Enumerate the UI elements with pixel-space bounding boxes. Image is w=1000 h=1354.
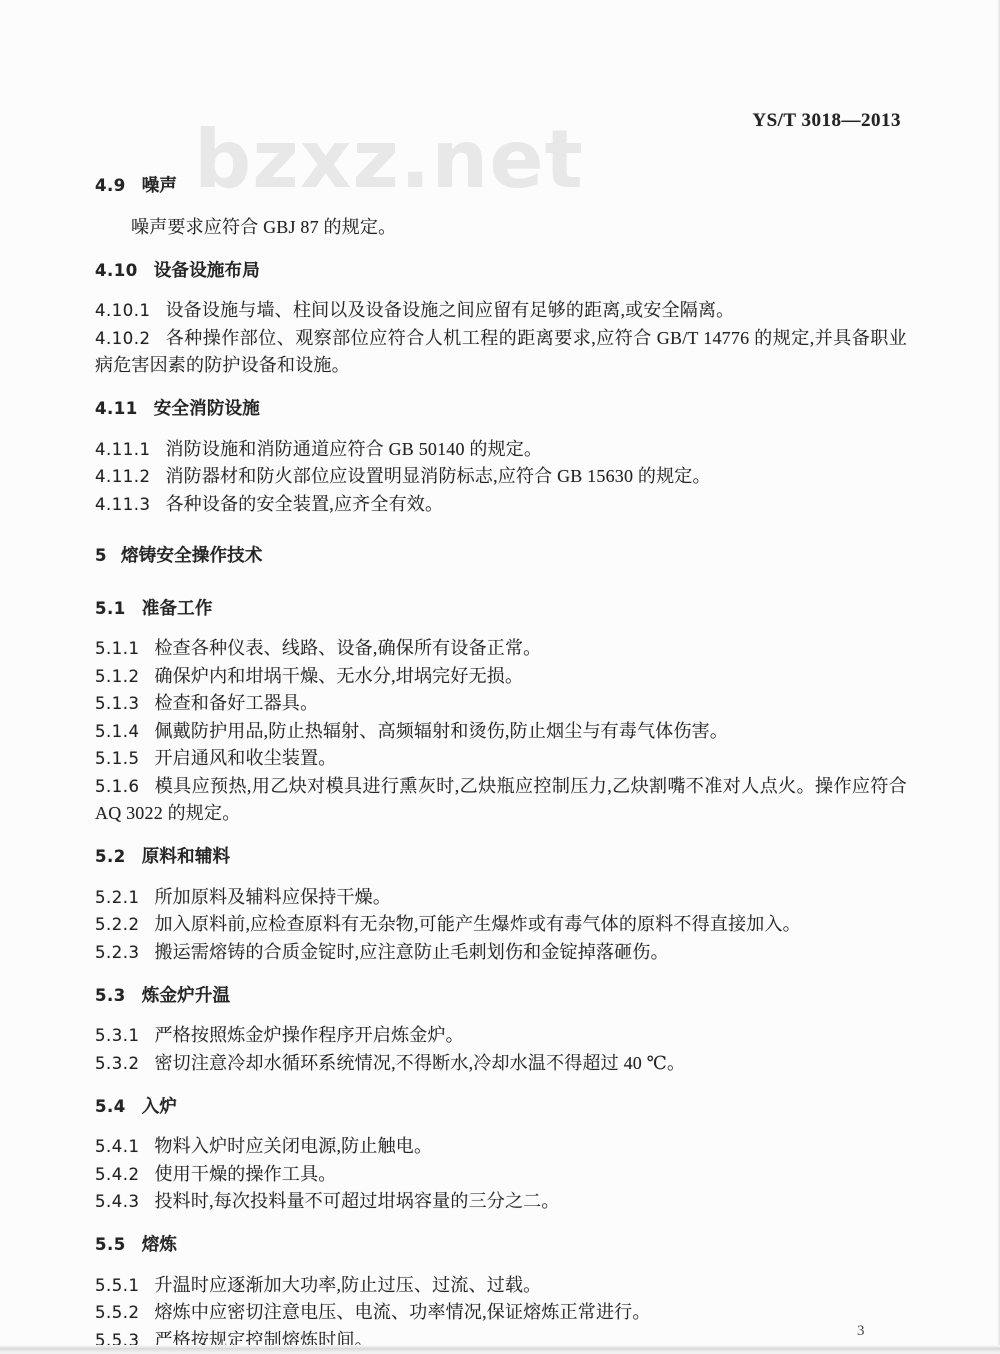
clause-number: 4.11.3 xyxy=(95,495,150,514)
section-heading: 5.3炼金炉升温 xyxy=(95,982,907,1011)
clause-number: 5.4 xyxy=(95,1097,126,1116)
clause-number: 5.3.1 xyxy=(95,1026,139,1045)
clause-text: 搬运需熔铸的合质金锭时,应注意防止毛刺划伤和金锭掉落砸伤。 xyxy=(154,942,668,962)
clause-item: 5.1.2确保炉内和坩埚干燥、无水分,坩埚完好无损。 xyxy=(95,663,907,691)
clause-number: 4.11.1 xyxy=(95,440,150,459)
section-heading: 4.10设备设施布局 xyxy=(95,257,907,286)
clause-number: 5 xyxy=(95,546,107,565)
clause-number: 5.2.3 xyxy=(95,943,139,962)
clause-number: 5.4.3 xyxy=(95,1192,139,1211)
clause-number: 5.4.2 xyxy=(95,1165,139,1184)
clause-item: 5.3.1严格按照炼金炉操作程序开启炼金炉。 xyxy=(95,1022,907,1050)
clause-item: 5.4.3投料时,每次投料量不可超过坩埚容量的三分之二。 xyxy=(95,1188,907,1216)
clause-text: 入炉 xyxy=(142,1097,177,1117)
clause-text: 使用干燥的操作工具。 xyxy=(154,1164,336,1184)
clause-number: 5.3 xyxy=(95,986,126,1005)
clause-text: 检查各种仪表、线路、设备,确保所有设备正常。 xyxy=(154,638,541,658)
page-number: 3 xyxy=(857,1323,865,1340)
clause-number: 5.1.5 xyxy=(95,749,139,768)
clause-number: 4.10 xyxy=(95,261,138,280)
clause-item: 5.2.1所加原料及辅料应保持干燥。 xyxy=(95,884,907,912)
clause-text: 升温时应逐渐加大功率,防止过压、过流、过载。 xyxy=(154,1275,541,1295)
clause-item: 4.10.1设备设施与墙、柱间以及设备设施之间应留有足够的距离,或安全隔离。 xyxy=(95,297,907,325)
clause-text: 消防设施和消防通道应符合 GB 50140 的规定。 xyxy=(165,439,542,459)
section-heading: 5.4入炉 xyxy=(95,1093,907,1122)
clause-item: 4.10.2各种操作部位、观察部位应符合人机工程的距离要求,应符合 GB/T 1… xyxy=(95,325,907,380)
chapter-heading: 5熔铸安全操作技术 xyxy=(95,542,907,571)
clause-number: 4.10.2 xyxy=(95,329,150,348)
clause-text: 安全消防设施 xyxy=(154,399,260,419)
clause-text: 所加原料及辅料应保持干燥。 xyxy=(154,887,391,907)
clause-number: 4.10.1 xyxy=(95,301,150,320)
clause-text: 投料时,每次投料量不可超过坩埚容量的三分之二。 xyxy=(154,1191,559,1211)
clause-text: 密切注意冷却水循环系统情况,不得断水,冷却水温不得超过 40 ℃。 xyxy=(154,1053,685,1073)
clause-number: 4.9 xyxy=(95,176,126,195)
clause-number: 5.5 xyxy=(95,1235,126,1254)
clause-number: 5.2.2 xyxy=(95,915,139,934)
clause-item: 4.11.1消防设施和消防通道应符合 GB 50140 的规定。 xyxy=(95,436,907,464)
clause-item: 5.3.2密切注意冷却水循环系统情况,不得断水,冷却水温不得超过 40 ℃。 xyxy=(95,1050,907,1078)
clause-item: 5.1.5开启通风和收尘装置。 xyxy=(95,745,907,773)
clause-text: 设备设施布局 xyxy=(154,261,260,281)
clause-text: 模具应预热,用乙炔对模具进行熏灰时,乙炔瓶应控制压力,乙炔割嘴不准对人点火。操作… xyxy=(95,776,907,824)
clause-text: 炼金炉升温 xyxy=(142,986,231,1006)
section-heading: 4.11安全消防设施 xyxy=(95,395,907,424)
clause-number: 5.2 xyxy=(95,847,126,866)
section-heading: 4.9噪声 xyxy=(95,172,907,201)
clause-text: 各种操作部位、观察部位应符合人机工程的距离要求,应符合 GB/T 14776 的… xyxy=(95,328,907,376)
clause-number: 5.5.1 xyxy=(95,1276,139,1295)
clause-text: 准备工作 xyxy=(142,599,213,619)
clause-item: 4.11.3各种设备的安全装置,应齐全有效。 xyxy=(95,491,907,519)
clause-item: 5.5.2熔炼中应密切注意电压、电流、功率情况,保证熔炼正常进行。 xyxy=(95,1299,907,1327)
clause-number: 5.3.2 xyxy=(95,1054,139,1073)
standard-number-header: YS/T 3018—2013 xyxy=(752,110,901,132)
clause-text: 确保炉内和坩埚干燥、无水分,坩埚完好无损。 xyxy=(154,666,523,686)
clause-number: 5.1.6 xyxy=(95,777,139,796)
clause-text: 设备设施与墙、柱间以及设备设施之间应留有足够的距离,或安全隔离。 xyxy=(165,300,734,320)
clause-number: 5.2.1 xyxy=(95,888,139,907)
clause-text: 检查和备好工器具。 xyxy=(154,693,318,713)
clause-number: 4.11 xyxy=(95,399,138,418)
document-page: bzxz.net YS/T 3018—2013 4.9噪声噪声要求应符合 GBJ… xyxy=(0,0,1000,1354)
page-edge-bottom xyxy=(0,1345,1000,1354)
clause-text: 严格按照炼金炉操作程序开启炼金炉。 xyxy=(154,1025,463,1045)
clause-text: 熔炼中应密切注意电压、电流、功率情况,保证熔炼正常进行。 xyxy=(154,1302,650,1322)
clause-item: 5.1.1检查各种仪表、线路、设备,确保所有设备正常。 xyxy=(95,635,907,663)
section-heading: 5.5熔炼 xyxy=(95,1231,907,1260)
clause-item: 5.1.4佩戴防护用品,防止热辐射、高频辐射和烫伤,防止烟尘与有毒气体伤害。 xyxy=(95,718,907,746)
clause-text: 加入原料前,应检查原料有无杂物,可能产生爆炸或有毒气体的原料不得直接加入。 xyxy=(154,914,800,934)
clause-item: 5.1.3检查和备好工器具。 xyxy=(95,690,907,718)
clause-text: 熔铸安全操作技术 xyxy=(121,546,263,566)
section-heading: 5.1准备工作 xyxy=(95,595,907,624)
clause-text: 噪声 xyxy=(142,176,177,196)
clause-text: 各种设备的安全装置,应齐全有效。 xyxy=(165,494,443,514)
clause-text: 噪声要求应符合 GBJ 87 的规定。 xyxy=(131,217,396,237)
clause-item: 5.2.2加入原料前,应检查原料有无杂物,可能产生爆炸或有毒气体的原料不得直接加… xyxy=(95,911,907,939)
paragraph: 噪声要求应符合 GBJ 87 的规定。 xyxy=(95,214,907,242)
clause-text: 原料和辅料 xyxy=(142,847,231,867)
clause-text: 佩戴防护用品,防止热辐射、高频辐射和烫伤,防止烟尘与有毒气体伤害。 xyxy=(154,721,728,741)
clause-number: 5.1 xyxy=(95,599,126,618)
document-body: 4.9噪声噪声要求应符合 GBJ 87 的规定。4.10设备设施布局4.10.1… xyxy=(95,172,907,1354)
clause-item: 5.4.1物料入炉时应关闭电源,防止触电。 xyxy=(95,1133,907,1161)
clause-item: 5.1.6模具应预热,用乙炔对模具进行熏灰时,乙炔瓶应控制压力,乙炔割嘴不准对人… xyxy=(95,773,907,828)
clause-item: 4.11.2消防器材和防火部位应设置明显消防标志,应符合 GB 15630 的规… xyxy=(95,463,907,491)
clause-number: 5.1.3 xyxy=(95,694,139,713)
clause-item: 5.4.2使用干燥的操作工具。 xyxy=(95,1161,907,1189)
clause-number: 5.5.2 xyxy=(95,1303,139,1322)
clause-number: 5.1.2 xyxy=(95,667,139,686)
clause-number: 4.11.2 xyxy=(95,467,150,486)
clause-item: 5.5.1升温时应逐渐加大功率,防止过压、过流、过载。 xyxy=(95,1272,907,1300)
section-heading: 5.2原料和辅料 xyxy=(95,843,907,872)
clause-number: 5.1.4 xyxy=(95,722,139,741)
clause-text: 熔炼 xyxy=(142,1235,177,1255)
clause-number: 5.4.1 xyxy=(95,1137,139,1156)
clause-item: 5.2.3搬运需熔铸的合质金锭时,应注意防止毛刺划伤和金锭掉落砸伤。 xyxy=(95,939,907,967)
clause-text: 开启通风和收尘装置。 xyxy=(154,748,336,768)
clause-number: 5.1.1 xyxy=(95,639,139,658)
clause-text: 消防器材和防火部位应设置明显消防标志,应符合 GB 15630 的规定。 xyxy=(165,466,710,486)
clause-text: 物料入炉时应关闭电源,防止触电。 xyxy=(154,1136,432,1156)
